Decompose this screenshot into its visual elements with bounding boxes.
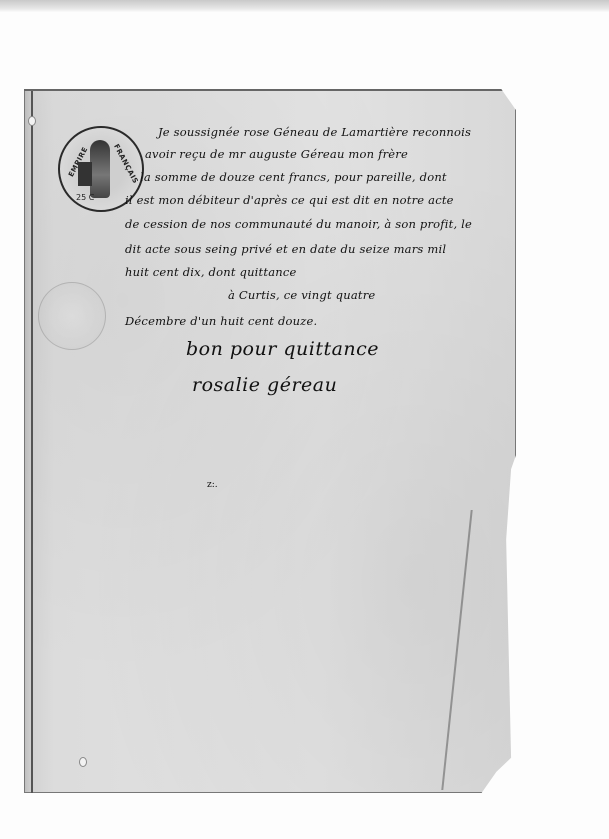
signature-name: rosalie géreau: [192, 374, 337, 396]
embossed-dry-seal: [38, 282, 106, 350]
stamp-figure-icon: [90, 140, 110, 198]
body-line-date: Décembre d'un huit cent douze.: [125, 314, 317, 328]
signature-line-bon-pour: bon pour quittance: [186, 338, 379, 360]
stamp-text-francais: FRANÇAIS: [112, 143, 140, 185]
body-line-1: Je soussignée rose Géneau de Lamartière …: [158, 125, 471, 139]
body-line-5: de cession de nos communauté du manoir, …: [125, 217, 472, 231]
ink-mark: z:.: [207, 480, 218, 490]
body-line-place: à Curtis, ce vingt quatre: [228, 288, 375, 302]
body-line-4: il est mon débiteur d'après ce qui est d…: [125, 193, 454, 207]
binding-hole: [28, 116, 36, 126]
body-line-3: la somme de douze cent francs, pour pare…: [140, 170, 447, 184]
body-line-7: huit cent dix, dont quittance: [125, 265, 297, 279]
stamp-value: 25 C: [76, 193, 94, 202]
binding-hole: [79, 757, 87, 767]
body-line-2: avoir reçu de mr auguste Géreau mon frèr…: [145, 147, 408, 161]
stamp-shield-icon: [78, 162, 92, 186]
body-line-6: dit acte sous seing privé et en date du …: [125, 242, 446, 256]
scanner-top-strip: [0, 0, 609, 12]
